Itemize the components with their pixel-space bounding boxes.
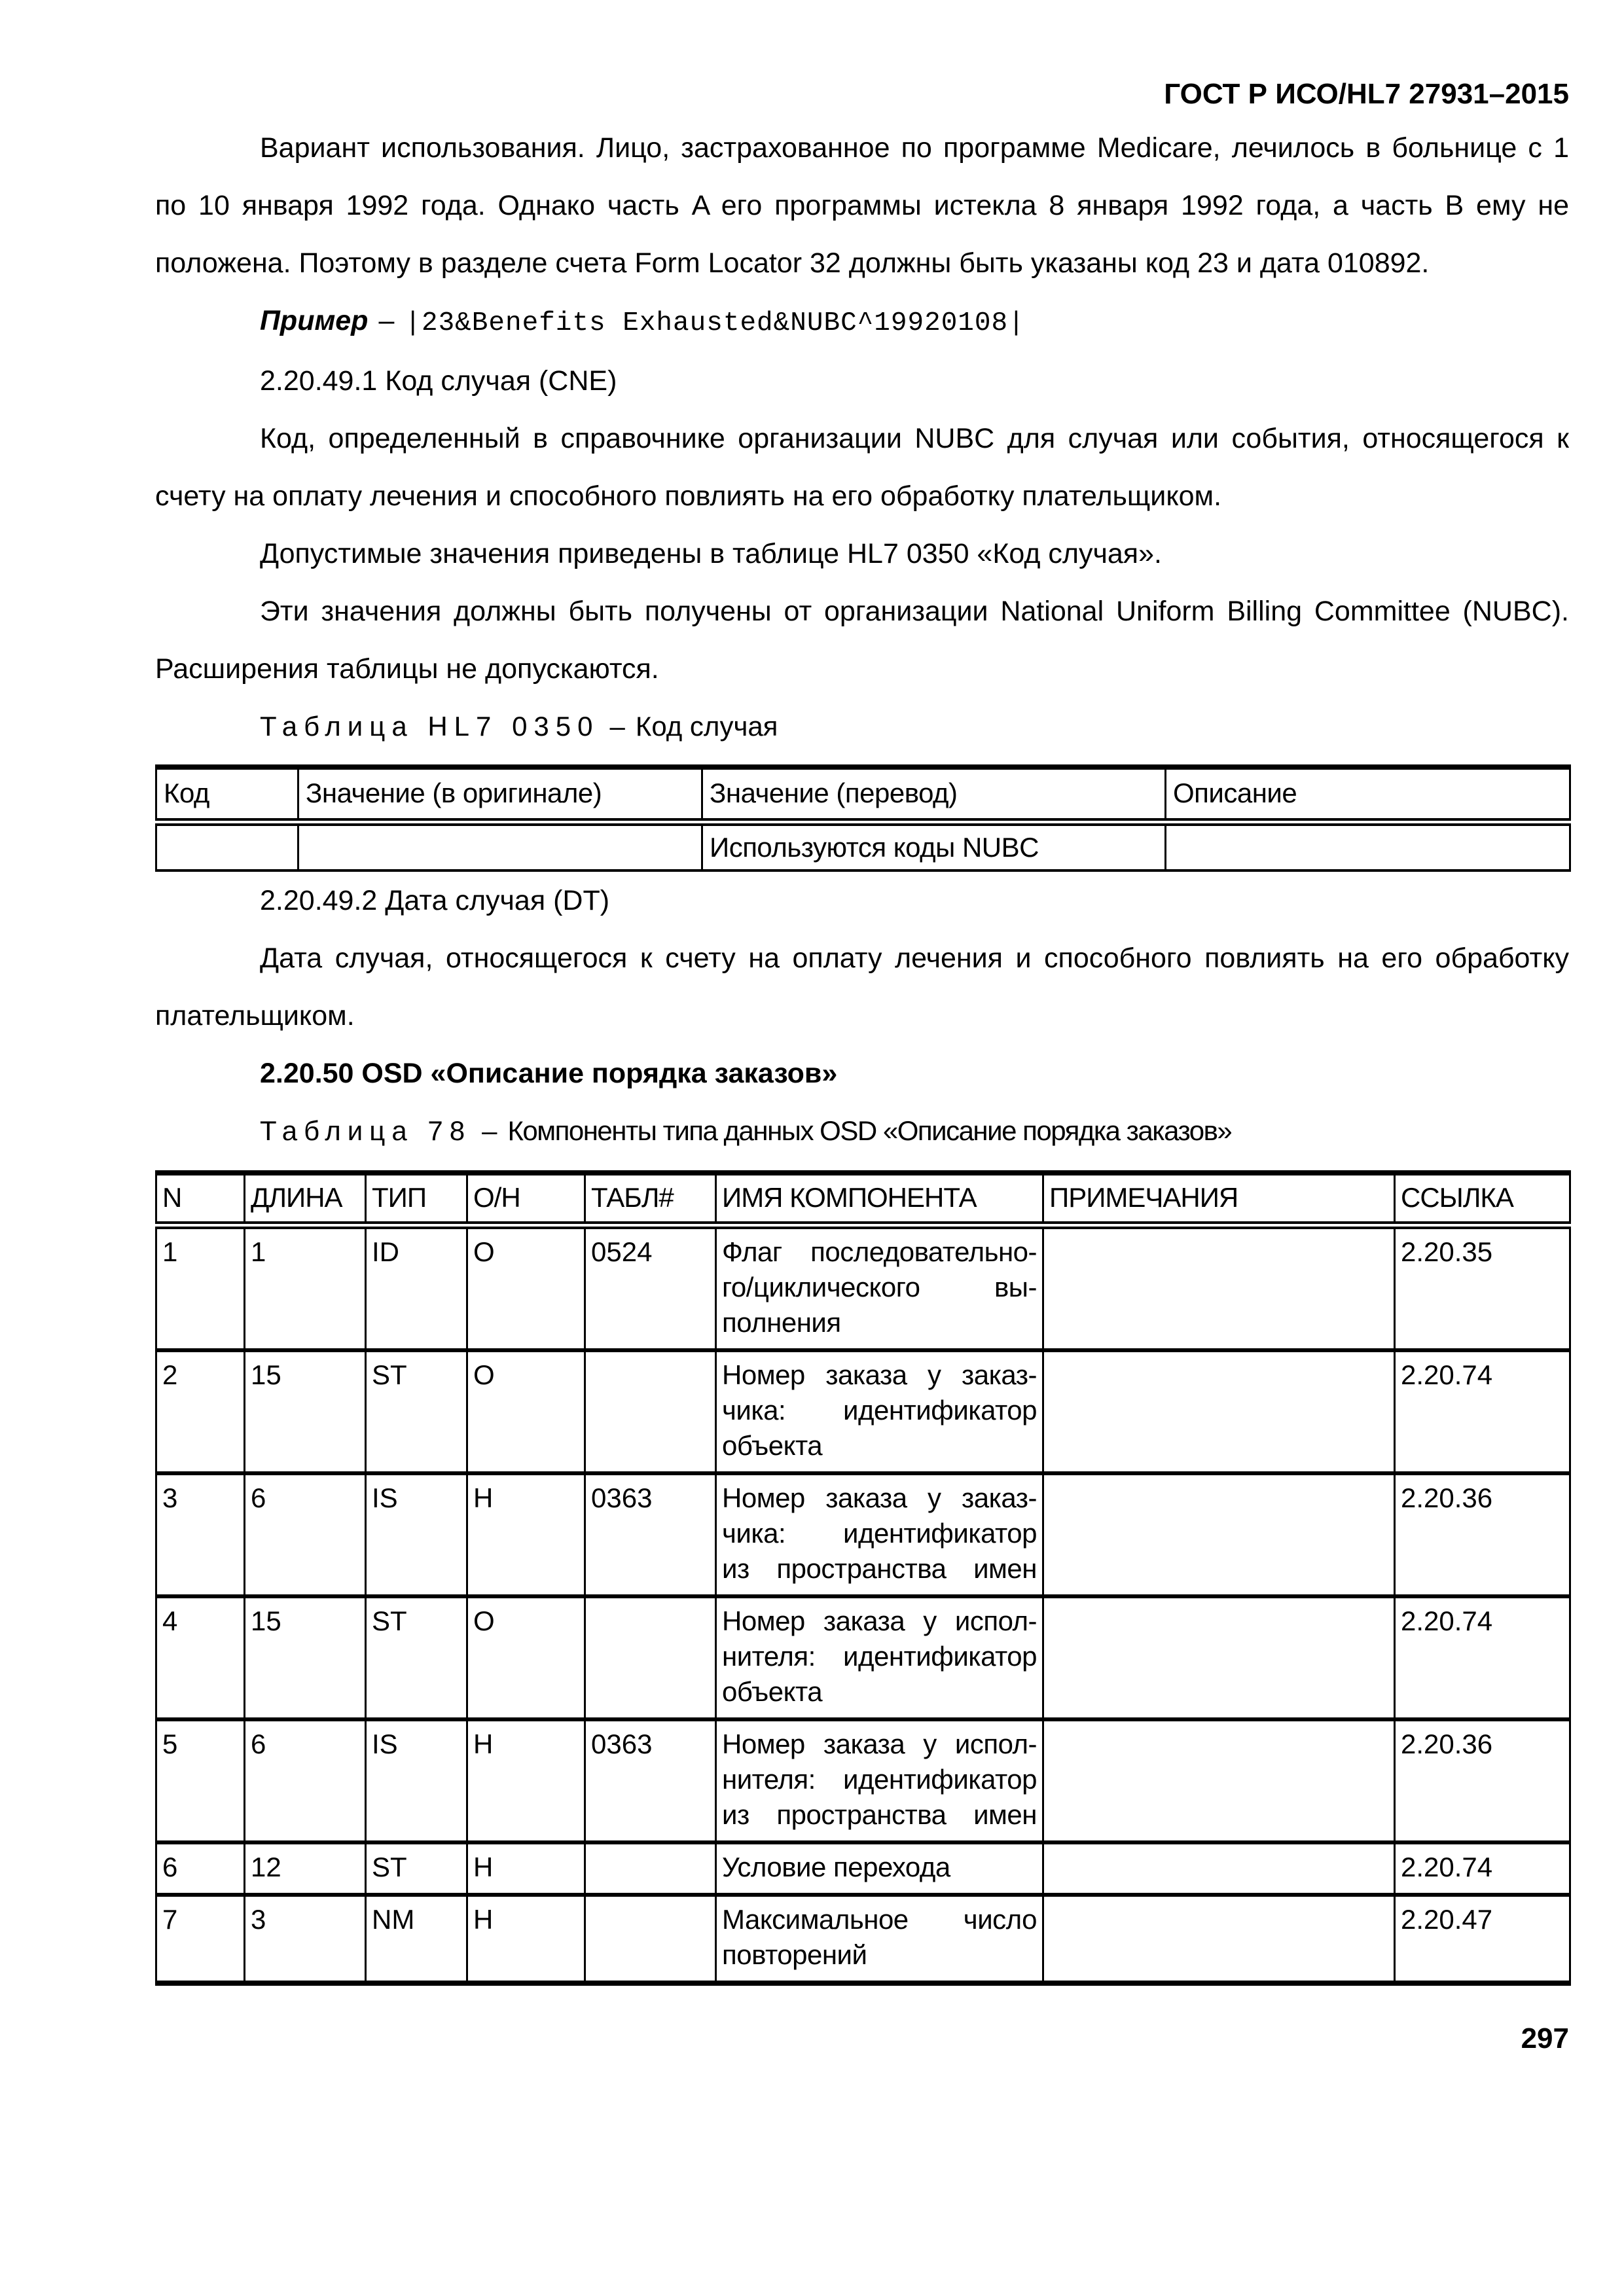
column-header-notes: ПРИМЕЧАНИЯ	[1043, 1173, 1395, 1225]
table-78-osd-components: N ДЛИНА ТИП О/Н ТАБЛ# ИМЯ КОМПОНЕНТА ПРИ…	[155, 1170, 1571, 1986]
example-code: |23&Benefits Exhausted&NUBC^19920108|	[405, 308, 1024, 338]
page-number: 297	[155, 2022, 1569, 2055]
document-page: ГОСТ Р ИСО/HL7 27931–2015 Вариант исполь…	[0, 0, 1624, 2296]
table-cell	[585, 1350, 716, 1473]
table-cell: Н	[467, 1842, 585, 1895]
table-row: 6 12 ST Н Условие перехода 2.20.74	[156, 1842, 1570, 1895]
table-0350-caption-dash: –	[600, 711, 636, 742]
table-cell: 1	[245, 1225, 366, 1350]
component-name-cell: Флаг последовательно- го/циклического вы…	[716, 1225, 1043, 1350]
table-cell	[585, 1596, 716, 1719]
table-row: 5 6 IS Н 0363 Номер заказа у испол- ните…	[156, 1719, 1570, 1842]
table-row: 4 15 ST О Номер заказа у испол- нителя: …	[156, 1596, 1570, 1719]
heading-2-20-49-1: 2.20.49.1 Код случая (CNE)	[155, 352, 1569, 410]
table-cell	[1043, 1895, 1395, 1983]
table-cell: ID	[366, 1225, 467, 1350]
table-row: 2 15 ST О Номер заказа у заказ- чика: ид…	[156, 1350, 1570, 1473]
table-cell: 2.20.74	[1395, 1596, 1570, 1719]
table-cell: 12	[245, 1842, 366, 1895]
table-cell: 1	[156, 1225, 245, 1350]
table-cell	[1043, 1225, 1395, 1350]
table-hl7-0350: Код Значение (в оригинале) Значение (пер…	[155, 764, 1571, 872]
component-name-cell: Номер заказа у заказ- чика: идентификато…	[716, 1350, 1043, 1473]
table-cell: 0524	[585, 1225, 716, 1350]
table-cell: Н	[467, 1895, 585, 1983]
table-cell: 2.20.47	[1395, 1895, 1570, 1983]
table-cell: 4	[156, 1596, 245, 1719]
paragraph-code-definition: Код, определенный в справочнике организа…	[155, 410, 1569, 525]
table-cell	[1043, 1350, 1395, 1473]
paragraph-allowed-values: Допустимые значения приведены в таблице …	[155, 525, 1569, 583]
table-cell	[1043, 1473, 1395, 1596]
table-cell: IS	[366, 1473, 467, 1596]
table-cell: 0363	[585, 1473, 716, 1596]
table-cell: 15	[245, 1596, 366, 1719]
table-cell: 2.20.35	[1395, 1225, 1570, 1350]
table-cell: IS	[366, 1719, 467, 1842]
table-cell	[585, 1842, 716, 1895]
component-name-cell: Номер заказа у испол- нителя: идентифика…	[716, 1596, 1043, 1719]
use-case-paragraph: Вариант использования. Лицо, застрахован…	[155, 119, 1569, 292]
column-header-value-original: Значение (в оригинале)	[298, 767, 702, 822]
table-78-caption-label: Таблица 78	[260, 1115, 471, 1146]
table-cell: Используются коды NUBC	[702, 822, 1166, 870]
table-cell: 2.20.36	[1395, 1719, 1570, 1842]
table-cell: 2.20.74	[1395, 1842, 1570, 1895]
example-separator: –	[368, 305, 405, 336]
example-label: Пример	[260, 305, 368, 336]
column-header-opt: О/Н	[467, 1173, 585, 1225]
table-cell: Н	[467, 1719, 585, 1842]
table-cell: NM	[366, 1895, 467, 1983]
table-row: 7 3 NM Н Максимальное число повторений 2…	[156, 1895, 1570, 1983]
heading-2-20-50: 2.20.50 OSD «Описание порядка заказов»	[155, 1045, 1569, 1102]
table-78-caption: Таблица 78–Компоненты типа данных OSD «О…	[155, 1102, 1569, 1160]
column-header-table-number: ТАБЛ#	[585, 1173, 716, 1225]
table-cell	[156, 822, 298, 870]
table-cell	[298, 822, 702, 870]
paragraph-nubc-source: Эти значения должны быть получены от орг…	[155, 583, 1569, 698]
table-cell	[1043, 1719, 1395, 1842]
table-cell: ST	[366, 1596, 467, 1719]
column-header-type: ТИП	[366, 1173, 467, 1225]
table-0350-caption: Таблица HL7 0350–Код случая	[155, 698, 1569, 755]
table-cell	[1166, 822, 1570, 870]
table-header-row: N ДЛИНА ТИП О/Н ТАБЛ# ИМЯ КОМПОНЕНТА ПРИ…	[156, 1173, 1570, 1225]
table-cell: О	[467, 1596, 585, 1719]
table-header-row: Код Значение (в оригинале) Значение (пер…	[156, 767, 1570, 822]
table-cell: 3	[156, 1473, 245, 1596]
component-name-cell: Максимальное число повторений	[716, 1895, 1043, 1983]
component-name-cell: Условие перехода	[716, 1842, 1043, 1895]
table-row: 1 1 ID О 0524 Флаг последовательно- го/ц…	[156, 1225, 1570, 1350]
table-cell: 6	[245, 1473, 366, 1596]
table-cell: ST	[366, 1350, 467, 1473]
column-header-n: N	[156, 1173, 245, 1225]
table-cell: 2.20.36	[1395, 1473, 1570, 1596]
component-name-cell: Номер заказа у испол- нителя: идентифика…	[716, 1719, 1043, 1842]
column-header-length: ДЛИНА	[245, 1173, 366, 1225]
table-cell: 6	[156, 1842, 245, 1895]
table-row: 3 6 IS Н 0363 Номер заказа у заказ- чика…	[156, 1473, 1570, 1596]
component-name-cell: Номер заказа у заказ- чика: идентификато…	[716, 1473, 1043, 1596]
example-line: Пример–|23&Benefits Exhausted&NUBC^19920…	[155, 292, 1569, 352]
table-78-caption-title: Компоненты типа данных OSD «Описание пор…	[507, 1115, 1231, 1146]
column-header-code: Код	[156, 767, 298, 822]
table-cell: О	[467, 1350, 585, 1473]
table-cell: 3	[245, 1895, 366, 1983]
table-0350-caption-title: Код случая	[636, 711, 778, 742]
column-header-value-translated: Значение (перевод)	[702, 767, 1166, 822]
table-cell	[1043, 1596, 1395, 1719]
table-row: Используются коды NUBC	[156, 822, 1570, 870]
table-78-caption-dash: –	[471, 1115, 507, 1146]
table-cell: ST	[366, 1842, 467, 1895]
column-header-description: Описание	[1166, 767, 1570, 822]
table-0350-caption-label: Таблица HL7 0350	[260, 711, 600, 742]
column-header-reference: ССЫЛКА	[1395, 1173, 1570, 1225]
table-cell: 0363	[585, 1719, 716, 1842]
table-cell: 6	[245, 1719, 366, 1842]
document-header-title: ГОСТ Р ИСО/HL7 27931–2015	[155, 77, 1569, 111]
table-cell: 7	[156, 1895, 245, 1983]
table-cell	[585, 1895, 716, 1983]
heading-2-20-49-2: 2.20.49.2 Дата случая (DT)	[155, 872, 1569, 929]
table-cell	[1043, 1842, 1395, 1895]
column-header-component-name: ИМЯ КОМПОНЕНТА	[716, 1173, 1043, 1225]
table-cell: Н	[467, 1473, 585, 1596]
table-cell: 5	[156, 1719, 245, 1842]
paragraph-event-date: Дата случая, относящегося к счету на опл…	[155, 929, 1569, 1045]
table-cell: О	[467, 1225, 585, 1350]
table-cell: 15	[245, 1350, 366, 1473]
table-cell: 2	[156, 1350, 245, 1473]
table-cell: 2.20.74	[1395, 1350, 1570, 1473]
